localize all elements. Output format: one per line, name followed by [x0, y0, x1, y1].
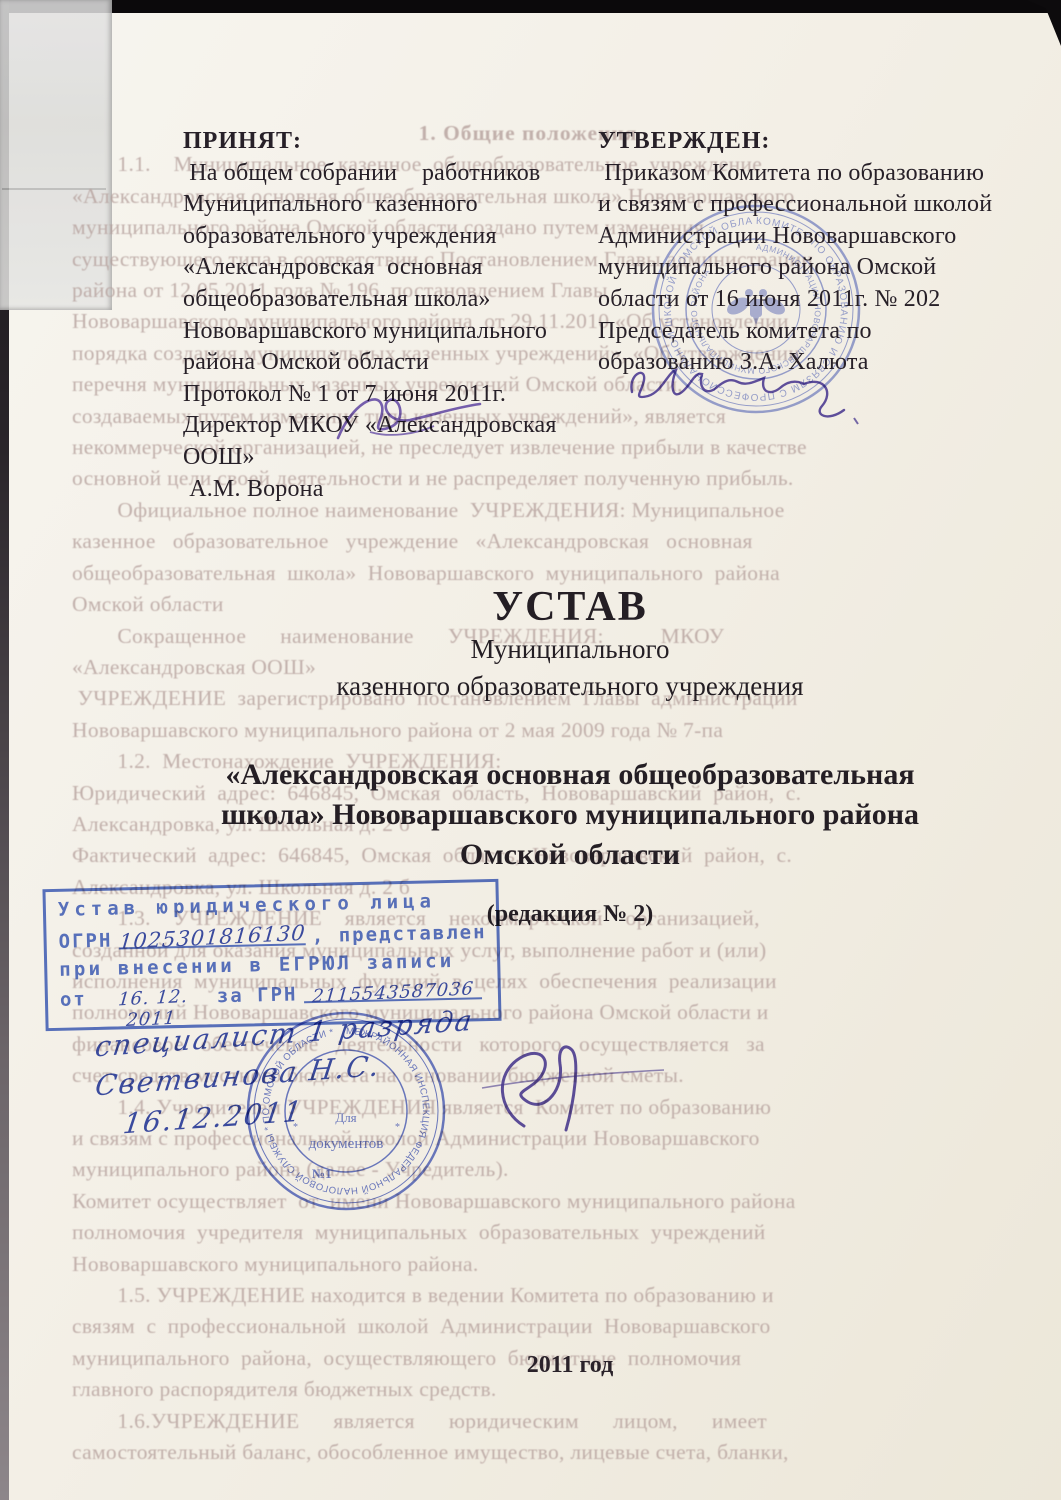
- bleedthrough-line: 1.5. УЧРЕЖДЕНИЕ находится в ведении Коми…: [72, 1280, 1024, 1311]
- approved-lines: Приказом Комитета по образованиюи связям…: [598, 158, 1050, 379]
- accepted-line: На общем собрании работников: [183, 158, 623, 190]
- approved-heading: УТВЕРЖДЕН:: [598, 126, 1050, 158]
- ogrn-underline: 1025301816130: [118, 923, 306, 949]
- accepted-line: района Омской области: [183, 347, 623, 379]
- chairman-signature: [618, 348, 888, 440]
- accepted-heading: ПРИНЯТ:: [183, 126, 623, 158]
- ogrn-label: ОГРН: [58, 930, 112, 953]
- accepted-line: Нововаршавского муниципального: [183, 316, 623, 348]
- clerk-flourish-signature: [468, 1018, 678, 1158]
- year-label: 2011 год: [90, 1352, 1050, 1379]
- accepted-line: общеобразовательная школа»: [183, 284, 623, 316]
- approved-line: муниципального района Омской: [598, 252, 1050, 284]
- bleedthrough-line: Комитет осуществляет от имени Нововаршав…: [72, 1186, 1024, 1217]
- approved-line: Приказом Комитета по образованию: [598, 158, 1050, 190]
- approved-line: области от 16 июня 2011г. № 202: [598, 284, 1050, 316]
- title-sub2: казенного образовательного учреждения: [90, 668, 1050, 705]
- title-sub1: Муниципального: [90, 631, 1050, 668]
- bleedthrough-line: полномочия учредителя муниципальных обра…: [72, 1217, 1024, 1248]
- after-ogrn-label: , представлен: [312, 921, 487, 947]
- tax-stamp-number: №1: [312, 1166, 332, 1181]
- accepted-line: Муниципального казенного: [183, 189, 623, 221]
- bleedthrough-line: связям с профессиональной школой Админис…: [72, 1311, 1024, 1342]
- accepted-line: «Александровская основная: [183, 252, 623, 284]
- title-bold3: Омской области: [90, 835, 1050, 875]
- approved-block: УТВЕРЖДЕН: Приказом Комитета по образова…: [598, 126, 1050, 379]
- accepted-line: образовательного учреждения: [183, 221, 623, 253]
- bleedthrough-line: самостоятельный баланс, обособленное иму…: [72, 1437, 1024, 1468]
- charter-title: УСТАВ: [90, 583, 1050, 631]
- bleedthrough-line: 1.6.УЧРЕЖДЕНИЕ является юридическим лицо…: [72, 1406, 1024, 1437]
- bleedthrough-line: казенное образовательное учреждение «Але…: [72, 526, 1024, 557]
- approved-line: Председатель комитета по: [598, 316, 1050, 348]
- grn-label: за ГРН: [217, 983, 298, 1007]
- bleedthrough-line: Нововаршавского муниципального района.: [72, 1249, 1024, 1280]
- accepted-line: А.М. Ворона: [183, 474, 623, 506]
- title-block: УСТАВ Муниципального казенного образоват…: [90, 583, 1050, 928]
- bleedthrough-line: муниципального района (далее - Учредител…: [72, 1154, 1024, 1185]
- title-bold2: школа» Нововаршавского муниципального ра…: [90, 795, 1050, 835]
- approved-line: Администрации Нововаршавского: [598, 221, 1050, 253]
- clerk-handwriting: специалист 1 разряда Светвинова Н.С. 16.…: [95, 1014, 474, 1131]
- scanned-document: 1. Общие положения 1.1. Муниципальное ка…: [0, 0, 1061, 1500]
- approved-line: и связям с профессиональной школой: [598, 189, 1050, 221]
- grn-underline: 2115543587036: [303, 980, 482, 1003]
- from-label: от: [60, 988, 87, 1011]
- title-bold1: «Александровская основная общеобразовате…: [90, 755, 1050, 795]
- tax-stamp-center-line2: документов: [309, 1136, 384, 1152]
- scanner-edge-top: [0, 0, 1061, 13]
- director-signature: [330, 386, 500, 458]
